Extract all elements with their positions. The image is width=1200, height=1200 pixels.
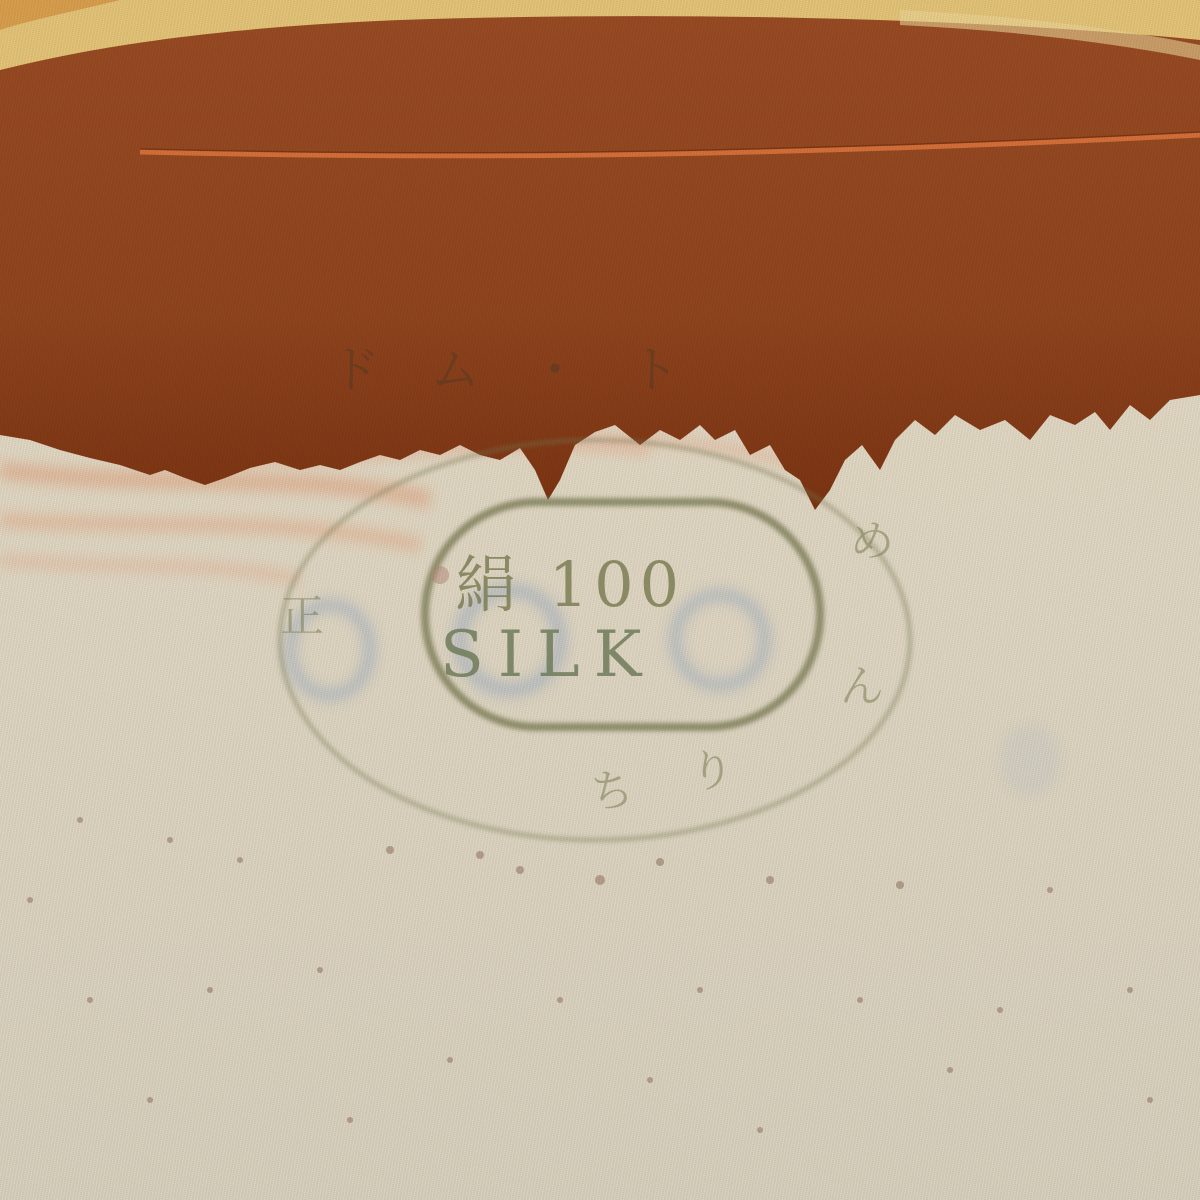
stamp-ring-glyph: め: [850, 505, 894, 569]
stamp-silk-100: 絹 100: [455, 535, 685, 624]
faint-brush-marks: ドム・ト: [330, 330, 730, 402]
stamp-ring-glyph: ん: [840, 650, 884, 714]
stamp-ring-glyph: ち: [590, 755, 634, 819]
stamp-ring-glyph: り: [690, 735, 734, 799]
stamp-ring-glyph: 正: [280, 580, 324, 644]
stamp-silk-label: SILK: [440, 618, 655, 692]
